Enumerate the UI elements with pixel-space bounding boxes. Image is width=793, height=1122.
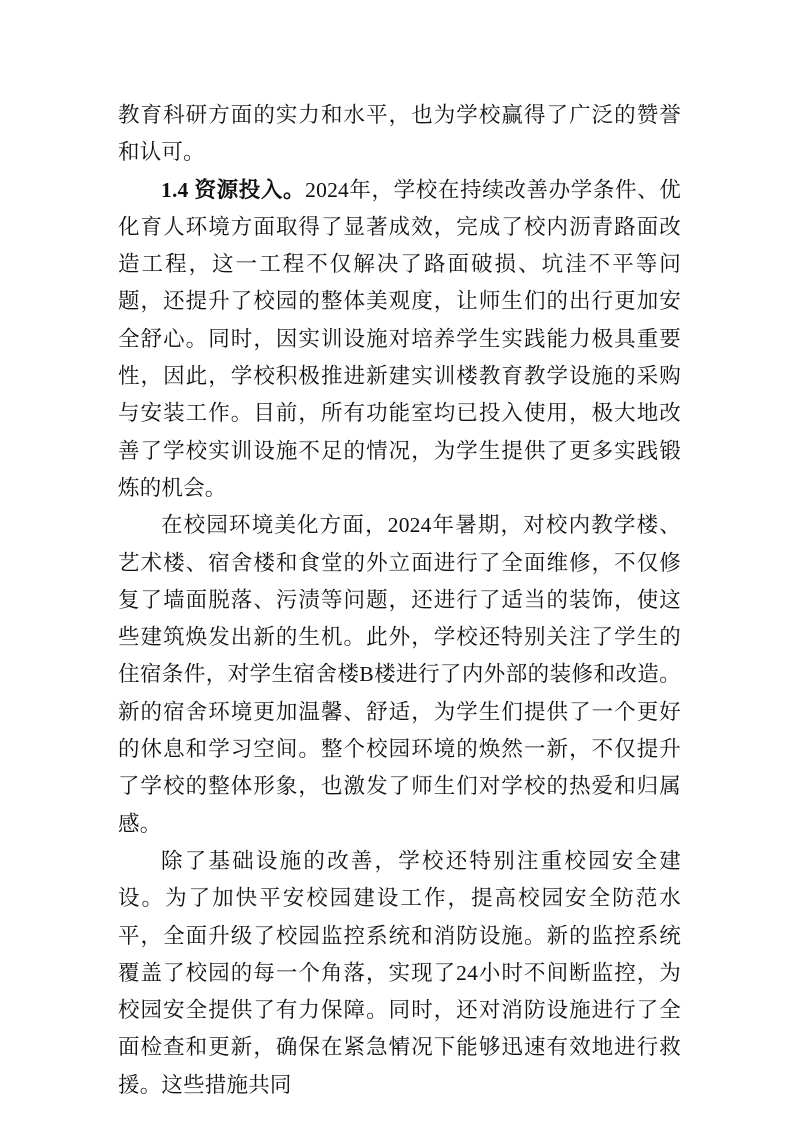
section-heading-run: 1.4 资源投入。 (161, 178, 305, 202)
page-footer: 4 (0, 1038, 793, 1056)
paragraph: 除了基础设施的改善，学校还特别注重校园安全建设。为了加快平安校园建设工作，提高校… (118, 843, 681, 1104)
paragraph: 教育科研方面的实力和水平，也为学校赢得了广泛的赞誉和认可。 (118, 97, 681, 172)
document-page: 教育科研方面的实力和水平，也为学校赢得了广泛的赞誉和认可。1.4 资源投入。20… (0, 0, 793, 1122)
document-body: 教育科研方面的实力和水平，也为学校赢得了广泛的赞誉和认可。1.4 资源投入。20… (118, 97, 681, 1104)
body-text-run: 2024年，学校在持续改善办学条件、优化育人环境方面取得了显著成效，完成了校内沥… (118, 178, 681, 500)
paragraph: 1.4 资源投入。2024年，学校在持续改善办学条件、优化育人环境方面取得了显著… (118, 172, 681, 508)
body-text-run: 教育科研方面的实力和水平，也为学校赢得了广泛的赞誉和认可。 (118, 103, 681, 164)
paragraph: 在校园环境美化方面，2024年暑期，对校内教学楼、艺术楼、宿舍楼和食堂的外立面进… (118, 507, 681, 843)
body-text-run: 在校园环境美化方面，2024年暑期，对校内教学楼、艺术楼、宿舍楼和食堂的外立面进… (118, 513, 681, 835)
page-number: 4 (393, 1039, 401, 1055)
body-text-run: 除了基础设施的改善，学校还特别注重校园安全建设。为了加快平安校园建设工作，提高校… (118, 849, 681, 1097)
